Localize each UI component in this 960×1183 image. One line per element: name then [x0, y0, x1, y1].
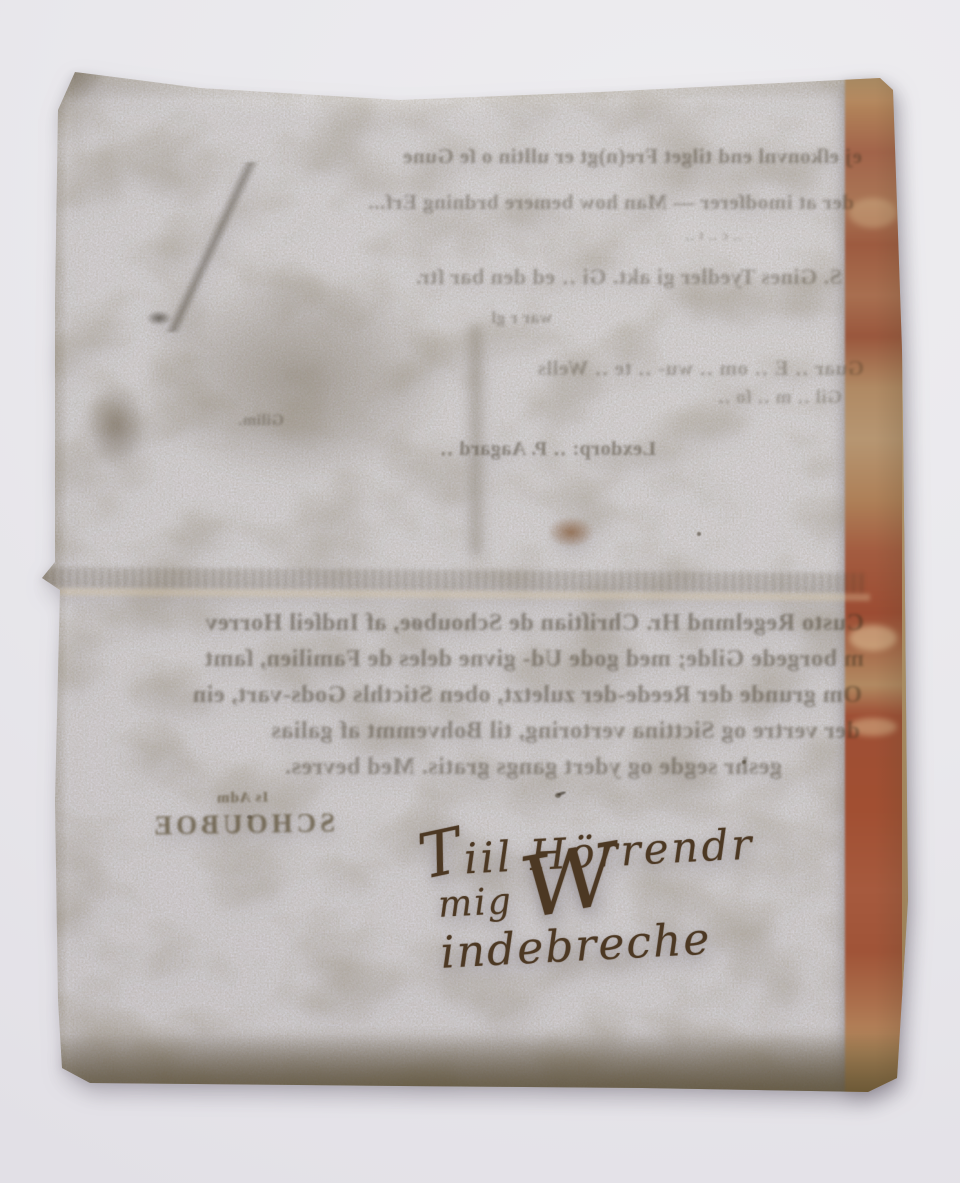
bleedthrough-line: Gil ‥ m ‥ ſo ‥ [142, 386, 842, 409]
bleedthrough-line: der vertre og Sicttina vertoring, til Bo… [108, 718, 860, 745]
stamp-main-text: SCHOUBOE [130, 807, 356, 842]
bleedthrough-line: der at imodſerer — Man how bemere brdnin… [148, 190, 854, 215]
stamp-schouboe: Is Adm SCHOUBOE [130, 788, 356, 842]
bleedthrough-line: S. Gines Tyedler gi akt. Gi ‥ ed den bar… [137, 264, 842, 290]
bleedthrough-line: Guar ‥ E ‥ om ‥ wu- ‥ te ‥ Wells [142, 356, 864, 381]
brown-stain [538, 510, 604, 554]
bleedthrough-line: Custo Regelmnd Hr. Chriſtian de Schoubøe… [102, 610, 864, 637]
ink-speck [697, 532, 701, 536]
torn-corner-shadow [52, 70, 102, 124]
bleedthrough-line: ‥ c ‥ t ‥ [342, 228, 742, 245]
paper-bottom-darkening [42, 1025, 910, 1095]
paper-cut-edge [902, 70, 910, 1095]
bleedthrough-name-line: Lexdorp: ‥ P. Aagard ‥ [146, 436, 656, 461]
document-photo: ej eſkonvnl end tilget Fre(n)gt er ullti… [0, 0, 960, 1183]
handwriting-initial: W [521, 872, 618, 889]
marbled-light-streak [849, 198, 897, 228]
ink-smudge [142, 308, 176, 328]
bleedthrough-line: ej eſkonvnl end tilget Fre(n)gt er ullti… [130, 144, 862, 169]
diagonal-scratch [138, 162, 288, 332]
paper-sheet: ej eſkonvnl end tilget Fre(n)gt er ullti… [42, 70, 910, 1095]
bleedthrough-line: war r gl [342, 308, 552, 328]
bleedthrough-line: Om grunde der Reede-der zuletzt, oben St… [114, 682, 862, 709]
bleedthrough-line: m borgede Gilde; med gode Ud- givne dele… [108, 646, 864, 673]
bleedthrough-line: geshr segde og ydert gangs gratis. Med b… [142, 754, 782, 781]
ink-speck [557, 791, 566, 797]
stamp-small-text: Is Adm [130, 788, 355, 809]
bleedthrough-line: Gilim. [154, 412, 284, 430]
handwritten-inscription: Tiil Hörrendr migWindebreche [379, 813, 876, 981]
handwriting-initial: T [420, 849, 463, 858]
photo-of-old-document: { "scene": { "background_color": "#e9e8e… [0, 0, 960, 1183]
